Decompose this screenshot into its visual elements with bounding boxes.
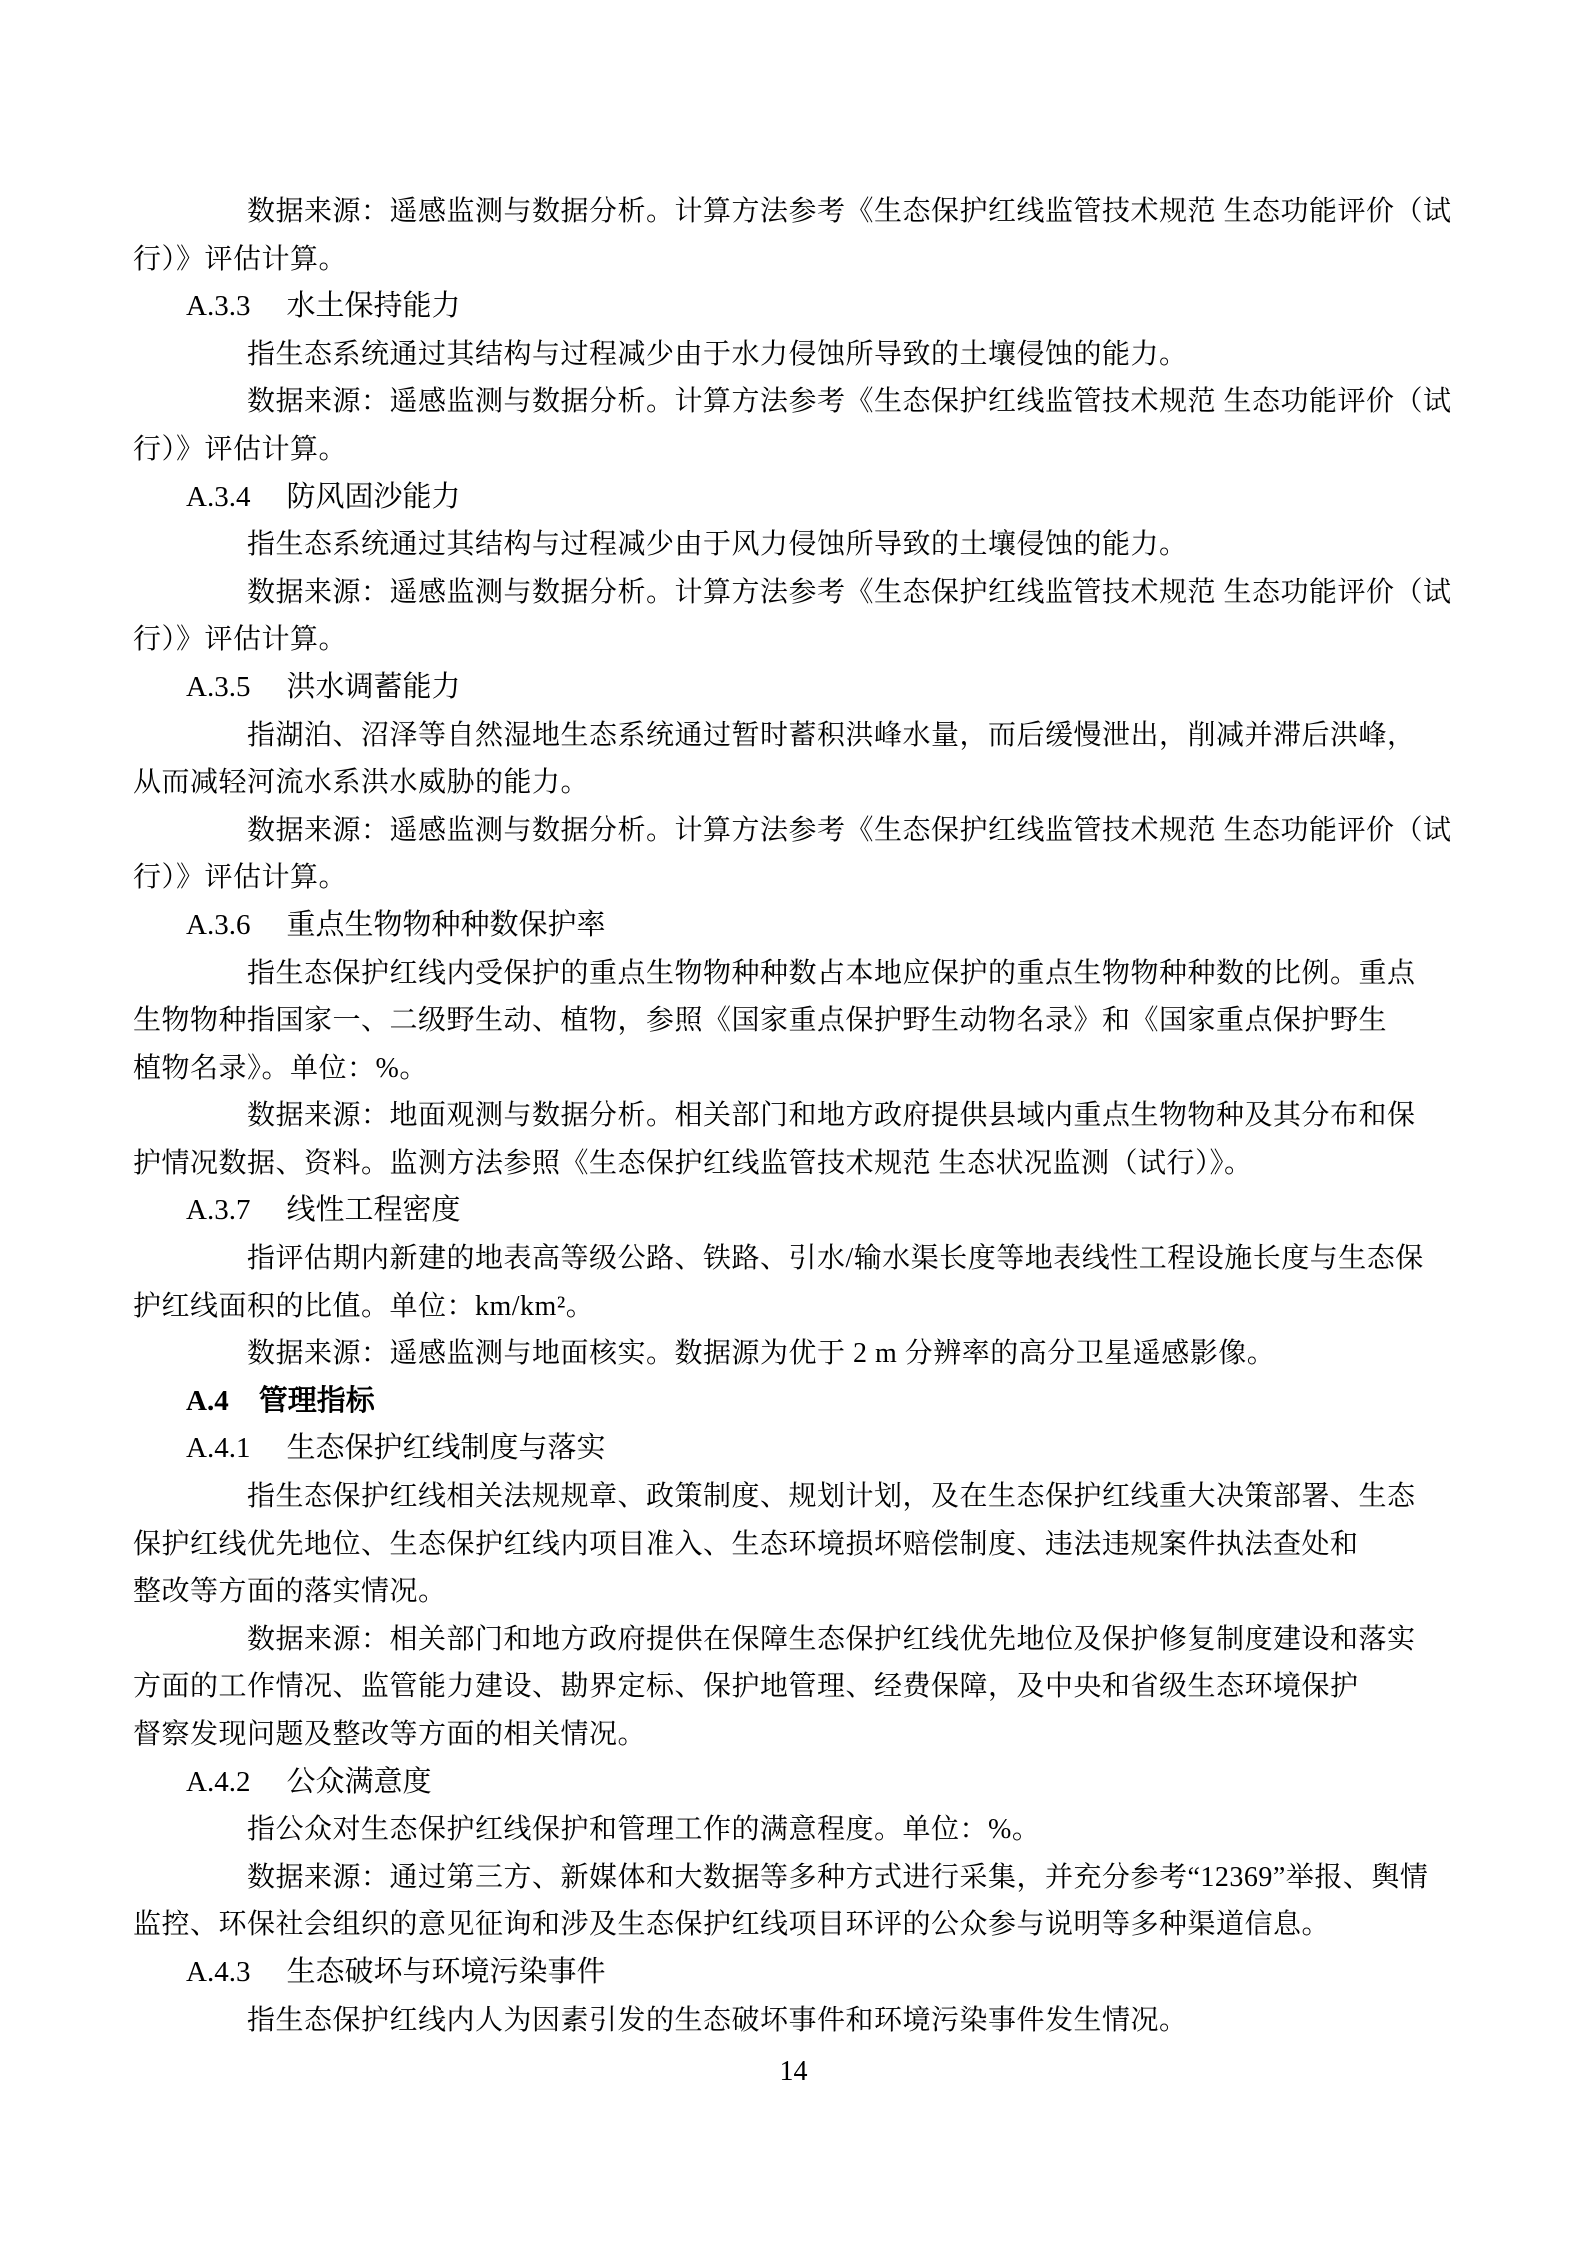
document-page: 数据来源：遥感监测与数据分析。计算方法参考《生态保护红线监管技术规范 生态功能评… — [0, 0, 1587, 2245]
section-number: A.3.3 — [186, 290, 250, 322]
section-heading-a4-3: A.4.3生态破坏与环境污染事件 — [133, 1949, 1455, 1997]
para-data-source-a3-7: 数据来源：遥感监测与地面核实。数据源为优于 2 m 分辨率的高分卫星遥感影像。 — [133, 1330, 1455, 1378]
para-data-source-a3-3: 数据来源：遥感监测与数据分析。计算方法参考《生态保护红线监管技术规范 生态功能评… — [133, 378, 1455, 473]
section-heading-a4-1: A.4.1生态保护红线制度与落实 — [133, 1425, 1455, 1473]
para-definition-a4-3: 指生态保护红线内人为因素引发的生态破坏事件和环境污染事件发生情况。 — [133, 1997, 1455, 2045]
chapter-title: 管理指标 — [259, 1385, 375, 1417]
section-number: A.4.2 — [186, 1766, 250, 1798]
section-number: A.3.5 — [186, 671, 250, 703]
section-number: A.3.6 — [186, 909, 250, 941]
section-number: A.4.3 — [186, 1956, 250, 1988]
para-definition-a3-3: 指生态系统通过其结构与过程减少由于水力侵蚀所导致的土壤侵蚀的能力。 — [133, 331, 1455, 379]
para-data-source-a3-6: 数据来源：地面观测与数据分析。相关部门和地方政府提供县域内重点生物物种及其分布和… — [133, 1092, 1455, 1187]
section-number: A.3.4 — [186, 481, 250, 513]
chapter-heading-a4: A.4管理指标 — [133, 1378, 1455, 1426]
para-data-source-a3-4: 数据来源：遥感监测与数据分析。计算方法参考《生态保护红线监管技术规范 生态功能评… — [133, 569, 1455, 664]
section-title: 重点生物物种种数保护率 — [286, 909, 605, 941]
para-data-source-a3-5: 数据来源：遥感监测与数据分析。计算方法参考《生态保护红线监管技术规范 生态功能评… — [133, 807, 1455, 902]
document-body: 数据来源：遥感监测与数据分析。计算方法参考《生态保护红线监管技术规范 生态功能评… — [133, 188, 1455, 2044]
section-title: 洪水调蓄能力 — [286, 671, 460, 703]
section-title: 水土保持能力 — [286, 290, 460, 322]
page-number: 14 — [0, 2052, 1587, 2092]
section-heading-a3-7: A.3.7线性工程密度 — [133, 1187, 1455, 1235]
chapter-number: A.4 — [186, 1385, 229, 1417]
section-title: 线性工程密度 — [286, 1194, 460, 1226]
para-definition-a3-7: 指评估期内新建的地表高等级公路、铁路、引水/输水渠长度等地表线性工程设施长度与生… — [133, 1235, 1455, 1330]
section-title: 公众满意度 — [286, 1766, 431, 1798]
section-heading-a4-2: A.4.2公众满意度 — [133, 1759, 1455, 1807]
para-data-source-a4-2: 数据来源：通过第三方、新媒体和大数据等多种方式进行采集，并充分参考“12369”… — [133, 1854, 1455, 1949]
para-definition-a3-5: 指湖泊、沼泽等自然湿地生态系统通过暂时蓄积洪峰水量，而后缓慢泄出，削减并滞后洪峰… — [133, 712, 1455, 807]
section-title: 防风固沙能力 — [286, 481, 460, 513]
para-definition-a3-6: 指生态保护红线内受保护的重点生物物种种数占本地应保护的重点生物物种种数的比例。重… — [133, 950, 1455, 1093]
para-definition-a3-4: 指生态系统通过其结构与过程减少由于风力侵蚀所导致的土壤侵蚀的能力。 — [133, 521, 1455, 569]
section-heading-a3-6: A.3.6重点生物物种种数保护率 — [133, 902, 1455, 950]
para-definition-a4-1: 指生态保护红线相关法规规章、政策制度、规划计划，及在生态保护红线重大决策部署、生… — [133, 1473, 1455, 1616]
section-number: A.4.1 — [186, 1432, 250, 1464]
para-data-source-continued: 数据来源：遥感监测与数据分析。计算方法参考《生态保护红线监管技术规范 生态功能评… — [133, 188, 1455, 283]
section-heading-a3-3: A.3.3水土保持能力 — [133, 283, 1455, 331]
para-definition-a4-2: 指公众对生态保护红线保护和管理工作的满意程度。单位：%。 — [133, 1806, 1455, 1854]
para-data-source-a4-1: 数据来源：相关部门和地方政府提供在保障生态保护红线优先地位及保护修复制度建设和落… — [133, 1616, 1455, 1759]
section-title: 生态破坏与环境污染事件 — [286, 1956, 605, 1988]
section-number: A.3.7 — [186, 1194, 250, 1226]
section-heading-a3-5: A.3.5洪水调蓄能力 — [133, 664, 1455, 712]
section-heading-a3-4: A.3.4防风固沙能力 — [133, 474, 1455, 522]
section-title: 生态保护红线制度与落实 — [286, 1432, 605, 1464]
